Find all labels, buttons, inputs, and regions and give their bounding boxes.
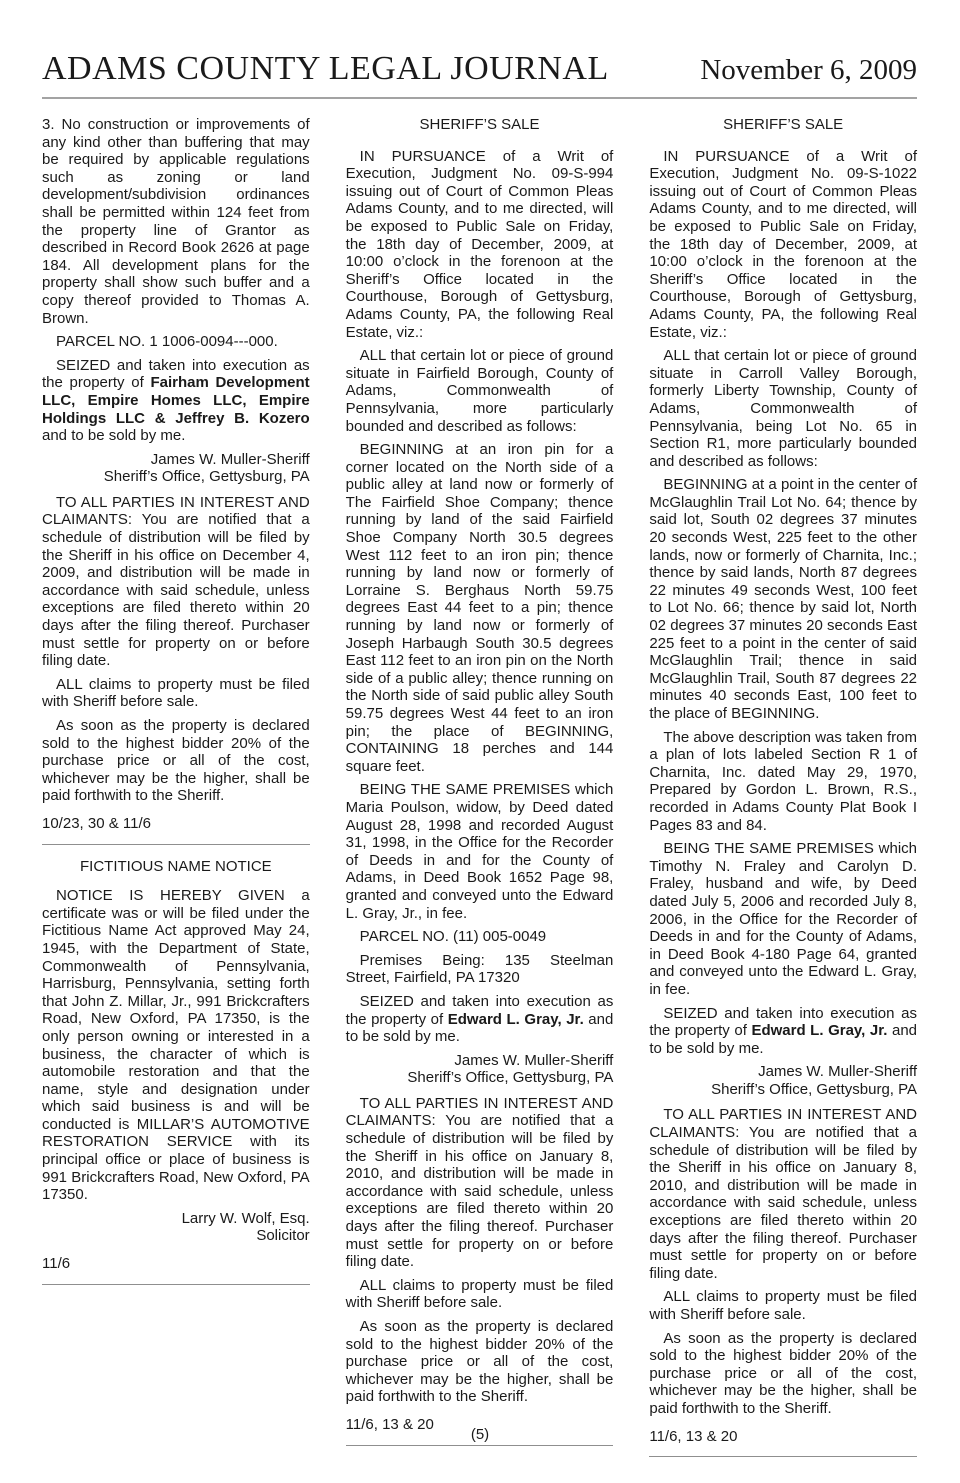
defendant-names: Edward L. Gray, Jr.: [751, 1022, 887, 1039]
seized-paragraph: SEIZED and taken into execution as the p…: [649, 1005, 917, 1058]
all-that-paragraph: ALL that certain lot or piece of ground …: [649, 347, 917, 470]
section-divider: [42, 844, 310, 845]
signature-block: James W. Muller-Sheriff Sheriff’s Office…: [42, 451, 310, 486]
all-claims-paragraph: ALL claims to property must be filed wit…: [346, 1277, 614, 1312]
highest-bidder-paragraph: As soon as the property is declared sold…: [346, 1318, 614, 1406]
signature-block: James W. Muller-Sheriff Sheriff’s Office…: [649, 1063, 917, 1098]
pursuance-paragraph: IN PURSUANCE of a Writ of Execution, Jud…: [649, 148, 917, 342]
all-claims-paragraph: ALL claims to property must be filed wit…: [649, 1288, 917, 1323]
signature-block: James W. Muller-Sheriff Sheriff’s Office…: [346, 1052, 614, 1087]
claimants-paragraph: TO ALL PARTIES IN INTEREST AND CLAIMANTS…: [42, 494, 310, 670]
defendant-names: Edward L. Gray, Jr.: [448, 1011, 584, 1028]
section-divider: [346, 1445, 614, 1446]
seized-text-end: and to be sold by me.: [42, 427, 185, 444]
column-left: 3. No construction or improvements of an…: [42, 116, 310, 1470]
claimants-paragraph: TO ALL PARTIES IN INTEREST AND CLAIMANTS…: [649, 1106, 917, 1282]
description-source-paragraph: The above description was taken from a p…: [649, 729, 917, 835]
solicitor-name: Larry W. Wolf, Esq.: [42, 1210, 310, 1228]
seized-paragraph: SEIZED and taken into execution as the p…: [346, 993, 614, 1046]
all-that-paragraph: ALL that certain lot or piece of ground …: [346, 347, 614, 435]
sheriffs-sale-heading: SHERIFF’S SALE: [346, 116, 614, 134]
run-dates: 10/23, 30 & 11/6: [42, 815, 310, 833]
masthead-rule: [42, 97, 917, 99]
sheriff-office: Sheriff’s Office, Gettysburg, PA: [649, 1081, 917, 1099]
journal-page: ADAMS COUNTY LEGAL JOURNAL November 6, 2…: [0, 0, 960, 1483]
parcel-number: PARCEL NO. (11) 005-0049: [346, 928, 614, 946]
solicitor-title: Solicitor: [42, 1227, 310, 1245]
signature-block: Larry W. Wolf, Esq. Solicitor: [42, 1210, 310, 1245]
sheriff-name: James W. Muller-Sheriff: [649, 1063, 917, 1081]
sheriff-office: Sheriff’s Office, Gettysburg, PA: [346, 1069, 614, 1087]
fictitious-name-body: NOTICE IS HEREBY GIVEN a certificate was…: [42, 887, 310, 1204]
beginning-paragraph: BEGINNING at an iron pin for a corner lo…: [346, 441, 614, 775]
run-dates: 11/6: [42, 1255, 310, 1273]
same-premises-paragraph: BEING THE SAME PREMISES which Maria Poul…: [346, 781, 614, 922]
all-claims-paragraph: ALL claims to property must be filed wit…: [42, 676, 310, 711]
column-right: SHERIFF’S SALE IN PURSUANCE of a Writ of…: [649, 116, 917, 1470]
masthead: ADAMS COUNTY LEGAL JOURNAL November 6, 2…: [42, 50, 917, 88]
content-columns: 3. No construction or improvements of an…: [42, 116, 917, 1470]
issue-date: November 6, 2009: [700, 54, 917, 87]
parcel-number: PARCEL NO. 1 1006-0094---000.: [42, 333, 310, 351]
column-center: SHERIFF’S SALE IN PURSUANCE of a Writ of…: [346, 116, 614, 1470]
sheriff-name: James W. Muller-Sheriff: [42, 451, 310, 469]
sheriffs-sale-heading: SHERIFF’S SALE: [649, 116, 917, 134]
section-divider: [42, 1284, 310, 1285]
covenant-paragraph: 3. No construction or improvements of an…: [42, 116, 310, 327]
seized-paragraph: SEIZED and taken into execution as the p…: [42, 357, 310, 445]
section-divider: [649, 1456, 917, 1457]
fictitious-name-heading: FICTITIOUS NAME NOTICE: [42, 858, 310, 876]
claimants-paragraph: TO ALL PARTIES IN INTEREST AND CLAIMANTS…: [346, 1095, 614, 1271]
sheriff-name: James W. Muller-Sheriff: [346, 1052, 614, 1070]
sheriff-office: Sheriff’s Office, Gettysburg, PA: [42, 468, 310, 486]
page-number: (5): [0, 1426, 960, 1443]
pursuance-paragraph: IN PURSUANCE of a Writ of Execution, Jud…: [346, 148, 614, 342]
beginning-paragraph: BEGINNING at a point in the center of Mc…: [649, 476, 917, 722]
highest-bidder-paragraph: As soon as the property is declared sold…: [649, 1330, 917, 1418]
same-premises-paragraph: BEING THE SAME PREMISES which Timothy N.…: [649, 840, 917, 998]
highest-bidder-paragraph: As soon as the property is declared sold…: [42, 717, 310, 805]
journal-title: ADAMS COUNTY LEGAL JOURNAL: [42, 50, 609, 88]
premises-being: Premises Being: 135 Steelman Street, Fai…: [346, 952, 614, 987]
